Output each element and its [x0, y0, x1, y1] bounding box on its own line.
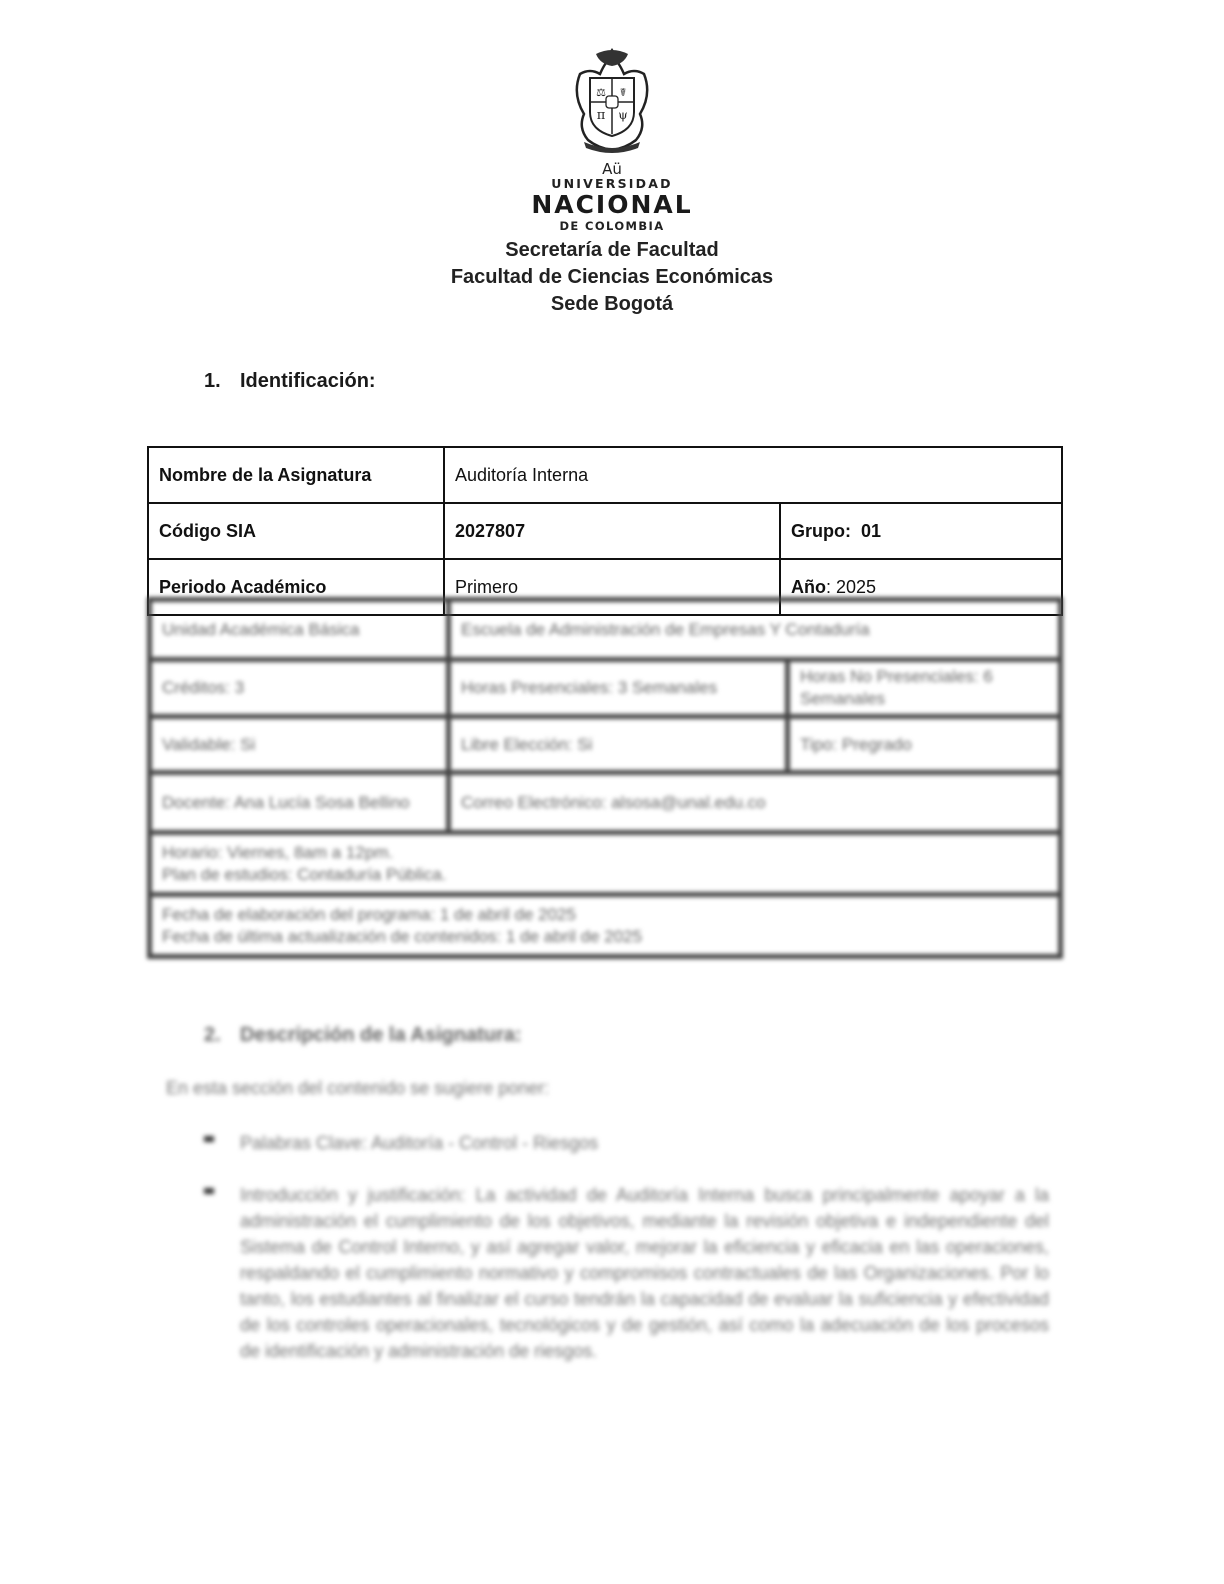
bullet-icon — [204, 1136, 214, 1142]
table-row: Unidad Académica Básica Escuela de Admin… — [150, 600, 1061, 660]
free-elective: Libre Elección: Si — [449, 717, 788, 773]
header-facultad: Facultad de Ciencias Económicas — [0, 264, 1224, 291]
table-row: Fecha de elaboración del programa: 1 de … — [150, 895, 1061, 957]
section-2-heading: 2.Descripción de la Asignatura: — [204, 1024, 522, 1047]
table-row: Validable: Si Libre Elección: Si Tipo: P… — [150, 717, 1061, 773]
sia-code-label: Código SIA — [148, 503, 444, 559]
update-date-text: Fecha de última actualización de conteni… — [162, 926, 1048, 948]
academic-unit-value: Escuela de Administración de Empresas Y … — [449, 600, 1061, 660]
logo-line-universidad: UNIVERSIDAD — [530, 176, 694, 191]
logo-line-nacional: NACIONAL — [530, 191, 694, 219]
identification-table-continued: Unidad Académica Básica Escuela de Admin… — [147, 597, 1063, 959]
logo-line-de-colombia: DE COLOMBIA — [530, 219, 694, 233]
document-header: Secretaría de Facultad Facultad de Cienc… — [0, 237, 1224, 318]
study-plan-text: Plan de estudios: Contaduría Pública. — [162, 864, 1048, 886]
section-2-number: 2. — [204, 1024, 240, 1047]
independent-hours: Horas No Presenciales: 6 Semanales — [788, 660, 1061, 717]
university-logo: ⚖ ☤ π ψ Aü UNIVERSIDAD NACIONAL DE COLOM… — [530, 44, 694, 233]
schedule-cell: Horario: Viernes, 8am a 12pm. Plan de es… — [150, 833, 1061, 895]
group-label: Grupo: — [791, 521, 851, 541]
academic-unit-label: Unidad Académica Básica — [150, 600, 449, 660]
identification-table: Nombre de la Asignatura Auditoría Intern… — [147, 446, 1063, 616]
svg-text:ψ: ψ — [618, 108, 627, 122]
table-row: Créditos: 3 Horas Presenciales: 3 Semana… — [150, 660, 1061, 717]
table-row: Docente: Ana Lucía Sosa Bellino Correo E… — [150, 773, 1061, 833]
list-item: Introducción y justificación: La activid… — [204, 1182, 1049, 1364]
section-1-heading: 1.Identificación: — [204, 370, 376, 393]
schedule-text: Horario: Viernes, 8am a 12pm. — [162, 842, 1048, 864]
program-type: Tipo: Pregrado — [788, 717, 1061, 773]
dates-cell: Fecha de elaboración del programa: 1 de … — [150, 895, 1061, 957]
subject-name-label: Nombre de la Asignatura — [148, 447, 444, 503]
logo-motto-mark: Aü — [530, 162, 694, 176]
section-1-title: Identificación: — [240, 370, 376, 392]
keywords-text: Palabras Clave: Auditoría - Control - Ri… — [240, 1130, 1049, 1156]
svg-text:⚖: ⚖ — [596, 86, 606, 99]
teacher-email: Correo Electrónico: alsosa@unal.edu.co — [449, 773, 1061, 833]
year-label: Año — [791, 577, 826, 597]
section-2-intro: En esta sección del contenido se sugiere… — [166, 1078, 549, 1099]
introduction-text: Introducción y justificación: La activid… — [240, 1182, 1049, 1364]
creation-date-text: Fecha de elaboración del programa: 1 de … — [162, 904, 1048, 926]
in-person-hours: Horas Presenciales: 3 Semanales — [449, 660, 788, 717]
bullet-icon — [204, 1188, 214, 1194]
section-1-number: 1. — [204, 370, 240, 393]
section-2-title: Descripción de la Asignatura: — [240, 1024, 522, 1046]
blurred-table-section: Unidad Académica Básica Escuela de Admin… — [140, 597, 1074, 973]
svg-text:☤: ☤ — [619, 86, 626, 99]
teacher-name: Docente: Ana Lucía Sosa Bellino — [150, 773, 449, 833]
list-item: Palabras Clave: Auditoría - Control - Ri… — [204, 1130, 1049, 1156]
validable-label: Validable: Si — [150, 717, 449, 773]
sia-code-value: 2027807 — [444, 503, 780, 559]
table-row: Nombre de la Asignatura Auditoría Intern… — [148, 447, 1062, 503]
subject-name-value: Auditoría Interna — [444, 447, 1062, 503]
table-row: Código SIA 2027807 Grupo: 01 — [148, 503, 1062, 559]
header-sede: Sede Bogotá — [0, 291, 1224, 318]
group-cell: Grupo: 01 — [780, 503, 1062, 559]
credits-label: Créditos: 3 — [150, 660, 449, 717]
svg-text:π: π — [597, 108, 606, 123]
header-secretaria: Secretaría de Facultad — [0, 237, 1224, 264]
university-crest-icon: ⚖ ☤ π ψ — [566, 44, 658, 162]
table-row: Horario: Viernes, 8am a 12pm. Plan de es… — [150, 833, 1061, 895]
group-value: 01 — [861, 521, 881, 541]
year-value: : 2025 — [826, 577, 876, 597]
